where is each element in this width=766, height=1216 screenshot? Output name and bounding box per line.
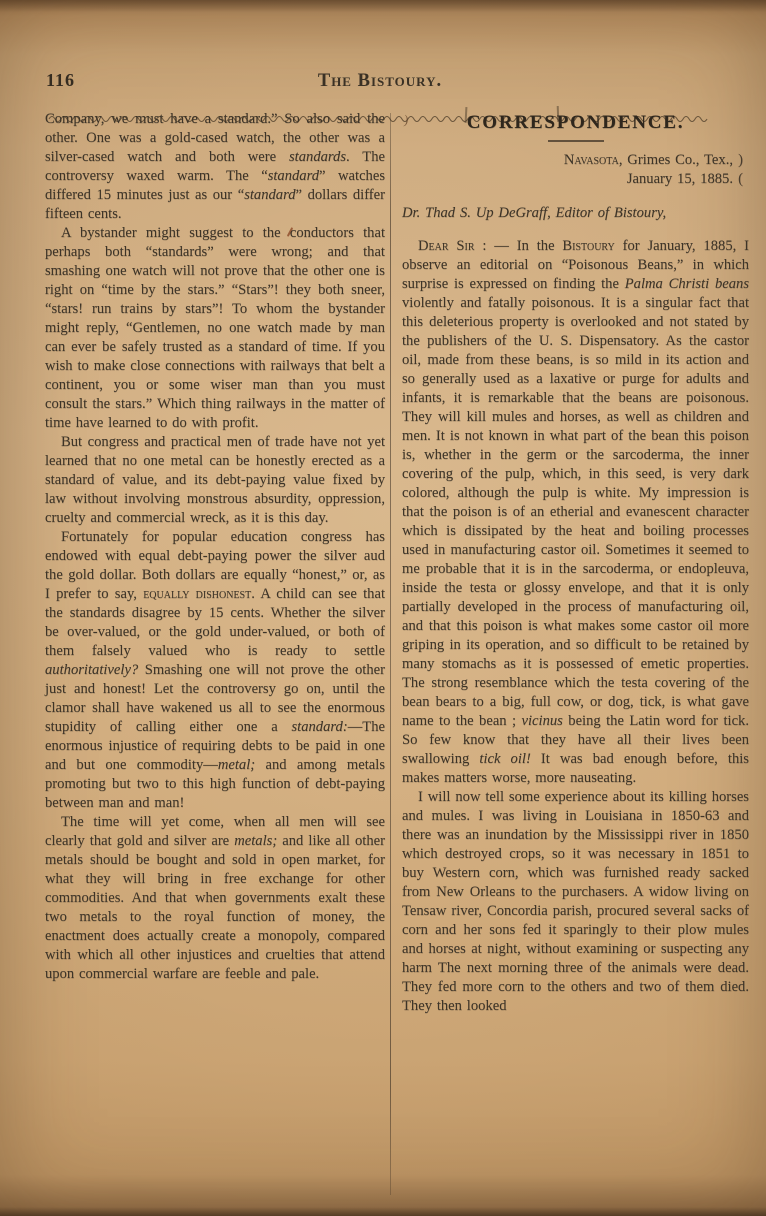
correspondence-heading: CORRESPONDENCE.	[402, 113, 749, 132]
paragraph: Fortunately for popular education congre…	[45, 528, 385, 813]
text-segment: standard	[244, 187, 295, 203]
page-top-edge-shadow	[0, 0, 766, 12]
paragraph: The time will yet come, when all men wil…	[45, 813, 385, 984]
dateline-line2: January 15, 1885.(	[402, 170, 743, 189]
paragraph: Company, we must have a standard.” So al…	[45, 110, 385, 224]
text-segment: metal;	[218, 757, 255, 773]
paragraph: A bystander might suggest to the conduct…	[45, 224, 385, 433]
text-segment: metals;	[234, 833, 277, 849]
text-segment: vicinus	[522, 713, 563, 729]
text-segment: standards	[289, 149, 346, 165]
right-column-paragraphs: Dear Sir : — In the Bistoury for January…	[402, 237, 749, 1016]
text-segment: and like all other metals should be boug…	[45, 833, 385, 982]
text-segment: tick oil!	[479, 751, 530, 767]
text-segment: I will now tell some experience about it…	[402, 789, 749, 1014]
text-segment: standard	[268, 168, 319, 184]
text-segment: Bistoury	[562, 238, 614, 254]
page-title: The Bistoury.	[46, 71, 714, 92]
text-segment: Dear Sir	[418, 238, 475, 254]
page-header: 116 The Bistoury.	[46, 70, 744, 96]
text-segment: violently and fatally poisonous. It is a…	[402, 295, 749, 729]
text-segment: standard:	[291, 719, 347, 735]
page-bottom-edge-shadow	[0, 1207, 766, 1216]
scanned-page: 116 The Bistoury. ) Company, we must hav…	[0, 0, 766, 1216]
text-segment: : — In the	[475, 238, 563, 254]
text-segment: equally dishonest	[143, 586, 251, 602]
left-text-column: Company, we must have a standard.” So al…	[45, 110, 385, 984]
salutation-line: Dr. Thad S. Up DeGraff, Editor of Bistou…	[402, 204, 749, 223]
dateline-brace-top: )	[733, 151, 743, 170]
dateline: Navasota, Grimes Co., Tex.,) January 15,…	[402, 151, 749, 189]
text-segment: But congress and practical men of trade …	[45, 434, 385, 526]
heading-rule	[548, 140, 604, 142]
text-segment: Navasota	[564, 152, 619, 168]
paragraph: Dear Sir : — In the Bistoury for January…	[402, 237, 749, 788]
text-segment: January 15, 1885.	[627, 171, 733, 187]
dateline-line1: Navasota, Grimes Co., Tex.,)	[402, 151, 743, 170]
text-segment: , Grimes Co., Tex.,	[619, 152, 733, 168]
dateline-brace-bottom: (	[733, 170, 743, 189]
text-segment: Palma Christi beans	[625, 276, 749, 292]
text-segment: authoritatively?	[45, 662, 138, 678]
text-segment: A bystander might suggest to the conduct…	[45, 225, 385, 431]
paragraph: But congress and practical men of trade …	[45, 433, 385, 528]
column-divider-rule	[390, 113, 391, 1195]
right-text-column: CORRESPONDENCE. Navasota, Grimes Co., Te…	[402, 110, 749, 1016]
paragraph: I will now tell some experience about it…	[402, 788, 749, 1016]
